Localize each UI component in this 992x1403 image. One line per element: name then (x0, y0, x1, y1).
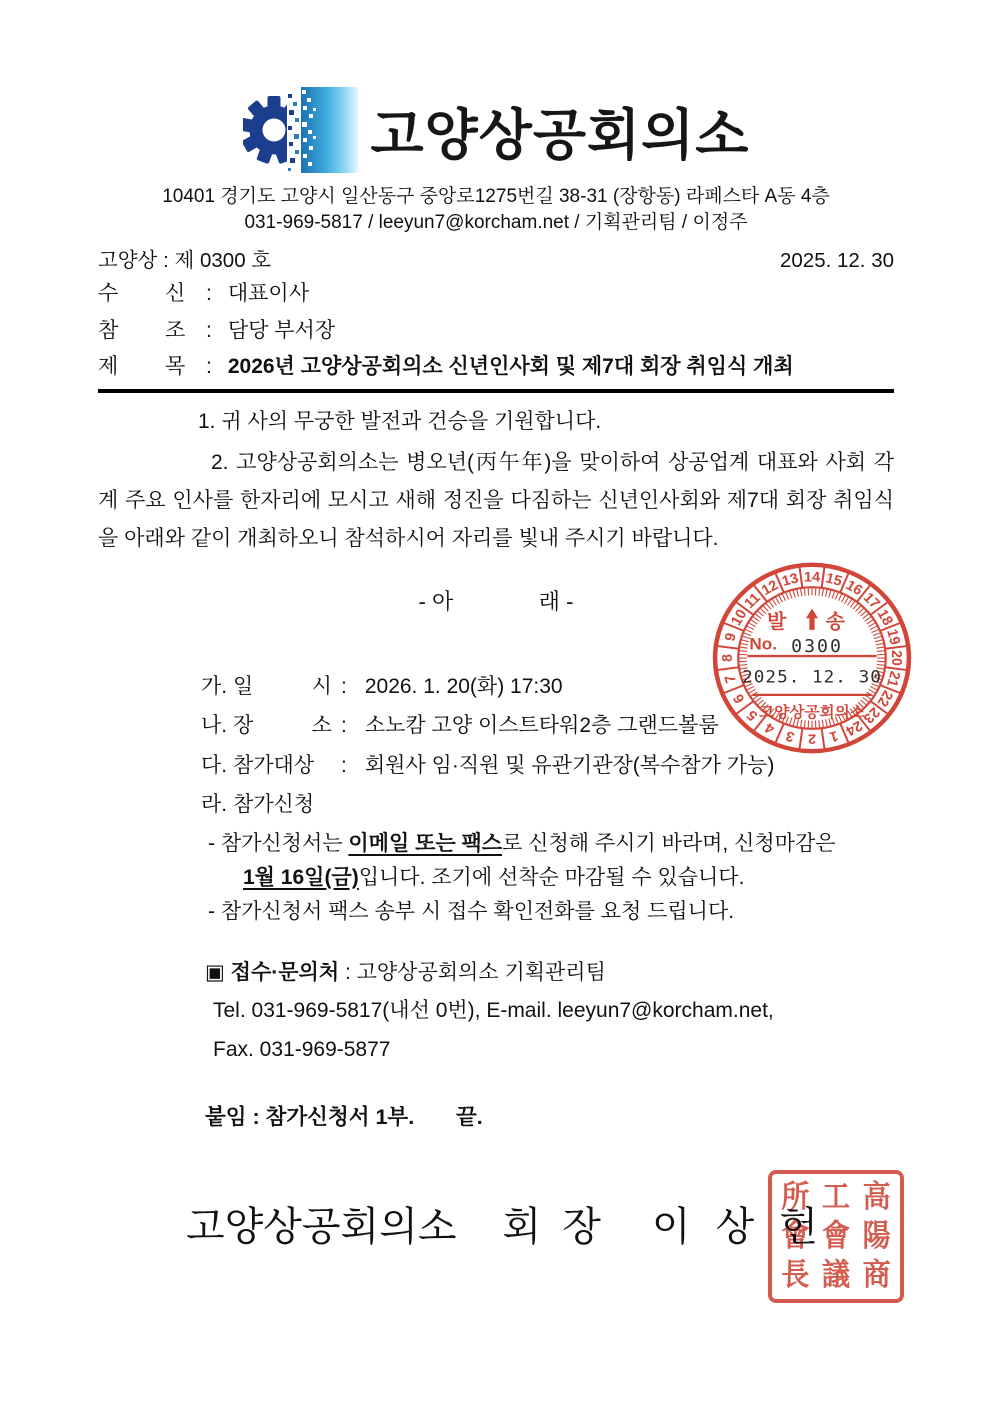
detail-line-registration: 라. 참가신청 (201, 785, 894, 825)
doc-number-row: 고양상 : 제 0300 호 2025. 12. 30 (98, 246, 894, 276)
paragraph-2: 2. 고양상공회의소는 병오년(丙午年)을 맞이하여 상공업계 대표와 사회 각… (98, 444, 894, 558)
meta-line-cc: 참 조 : 담당 부서장 (98, 313, 894, 350)
colon: : (341, 706, 347, 746)
meta-line-subject: 제 목 : 2026년 고양상공회의소 신년인사회 및 제7대 회장 취임식 개… (98, 349, 894, 386)
note-emphasis: 1월 16일(금) (243, 866, 359, 889)
meta-line-recipient: 수 신 : 대표이사 (98, 276, 894, 313)
detail-label: 다. 참가대상 (201, 746, 341, 786)
document-page: 고양상공회의소 10401 경기도 고양시 일산동구 중앙로1275번길 38-… (0, 0, 992, 1403)
recipient-value: 대표이사 (228, 276, 309, 313)
colon: : (206, 276, 212, 313)
signature-row: 고양상공회의소 회 장 이 상 헌 (186, 1195, 894, 1252)
doc-number: 고양상 : 제 0300 호 (98, 246, 271, 276)
detail-label: 가. 일 시 (201, 667, 341, 707)
contact-heading-rest: : 고양상공회의소 기획관리팀 (339, 961, 606, 984)
attachment-line: 붙임 : 참가신청서 1부. 끝. (205, 1100, 894, 1131)
signature-title: 회 장 (502, 1195, 605, 1252)
colon: : (206, 313, 212, 350)
contact-tel-line: Tel. 031-969-5817(내선 0번), E-mail. leeyun… (213, 992, 894, 1031)
letter-content: 고양상 : 제 0300 호 2025. 12. 30 수 신 : 대표이사 참… (98, 246, 894, 1252)
note-text: 입니다. 조기에 선착순 마감될 수 있습니다. (359, 866, 745, 889)
recipient-label: 수 신 (98, 276, 206, 313)
org-name: 고양상공회의소 (371, 91, 750, 170)
colon: : (206, 349, 212, 386)
detail-value: 회원사 임·직원 및 유관기관장(복수참가 가능) (365, 746, 774, 786)
contact-heading-line: ▣ 접수·문의처 : 고양상공회의소 기획관리팀 (205, 954, 894, 993)
detail-label: 라. 참가신청 (201, 785, 341, 825)
contact-fax-line: Fax. 031-969-5877 (213, 1031, 894, 1070)
detail-label: 나. 장 소 (201, 706, 341, 746)
note-text: - 참가신청서는 (208, 832, 348, 855)
doc-date: 2025. 12. 30 (780, 246, 894, 276)
subject-value: 2026년 고양상공회의소 신년인사회 및 제7대 회장 취임식 개최 (228, 349, 794, 386)
contact-heading: ▣ 접수·문의처 (205, 961, 339, 984)
letterhead-logo-row: 고양상공회의소 (0, 0, 992, 176)
colon: : (341, 667, 347, 707)
detail-line-venue: 나. 장 소 : 소노캄 고양 이스트타워2층 그랜드볼룸 (201, 706, 894, 746)
below-divider: - 아 래 - (98, 585, 894, 616)
note-line-1: - 참가신청서는 이메일 또는 팩스로 신청해 주시기 바라며, 신청마감은 (208, 827, 894, 861)
note-line-2: 1월 16일(금)입니다. 조기에 선착순 마감될 수 있습니다. (208, 861, 894, 895)
note-line-3: - 참가신청서 팩스 송부 시 접수 확인전화를 요청 드립니다. (208, 895, 894, 929)
detail-line-participants: 다. 참가대상 : 회원사 임·직원 및 유관기관장(복수참가 가능) (201, 746, 894, 786)
contact-block: ▣ 접수·문의처 : 고양상공회의소 기획관리팀 Tel. 031-969-58… (205, 954, 894, 1070)
note-text: 로 신청해 주시기 바라며, 신청마감은 (502, 832, 835, 855)
cc-label: 참 조 (98, 313, 206, 350)
subject-label: 제 목 (98, 349, 206, 386)
note-emphasis: 이메일 또는 팩스 (348, 832, 502, 855)
title-rule (98, 389, 894, 393)
signature-name: 이 상 헌 (652, 1195, 825, 1252)
signature-org: 고양상공회의소 (186, 1195, 456, 1252)
detail-value: 소노캄 고양 이스트타워2층 그랜드볼룸 (365, 706, 719, 746)
chamber-logo-gear-icon (243, 84, 361, 176)
seal-char: 議 (822, 1260, 850, 1291)
org-address: 10401 경기도 고양시 일산동구 중앙로1275번길 38-31 (장항동)… (0, 184, 992, 210)
paragraph-1: 1. 귀 사의 무궁한 발전과 건승을 기원합니다. (198, 407, 894, 437)
event-details: 가. 일 시 : 2026. 1. 20(화) 17:30 나. 장 소 : 소… (201, 667, 894, 929)
registration-notes: - 참가신청서는 이메일 또는 팩스로 신청해 주시기 바라며, 신청마감은 1… (208, 827, 894, 929)
org-contact-line: 031-969-5817 / leeyun7@korcham.net / 기획관… (0, 210, 992, 236)
detail-line-datetime: 가. 일 시 : 2026. 1. 20(화) 17:30 (201, 667, 894, 707)
detail-value: 2026. 1. 20(화) 17:30 (365, 667, 563, 707)
colon: : (341, 746, 347, 786)
seal-char: 商 (863, 1260, 891, 1291)
cc-value: 담당 부서장 (228, 313, 335, 350)
seal-char: 長 (781, 1260, 809, 1291)
